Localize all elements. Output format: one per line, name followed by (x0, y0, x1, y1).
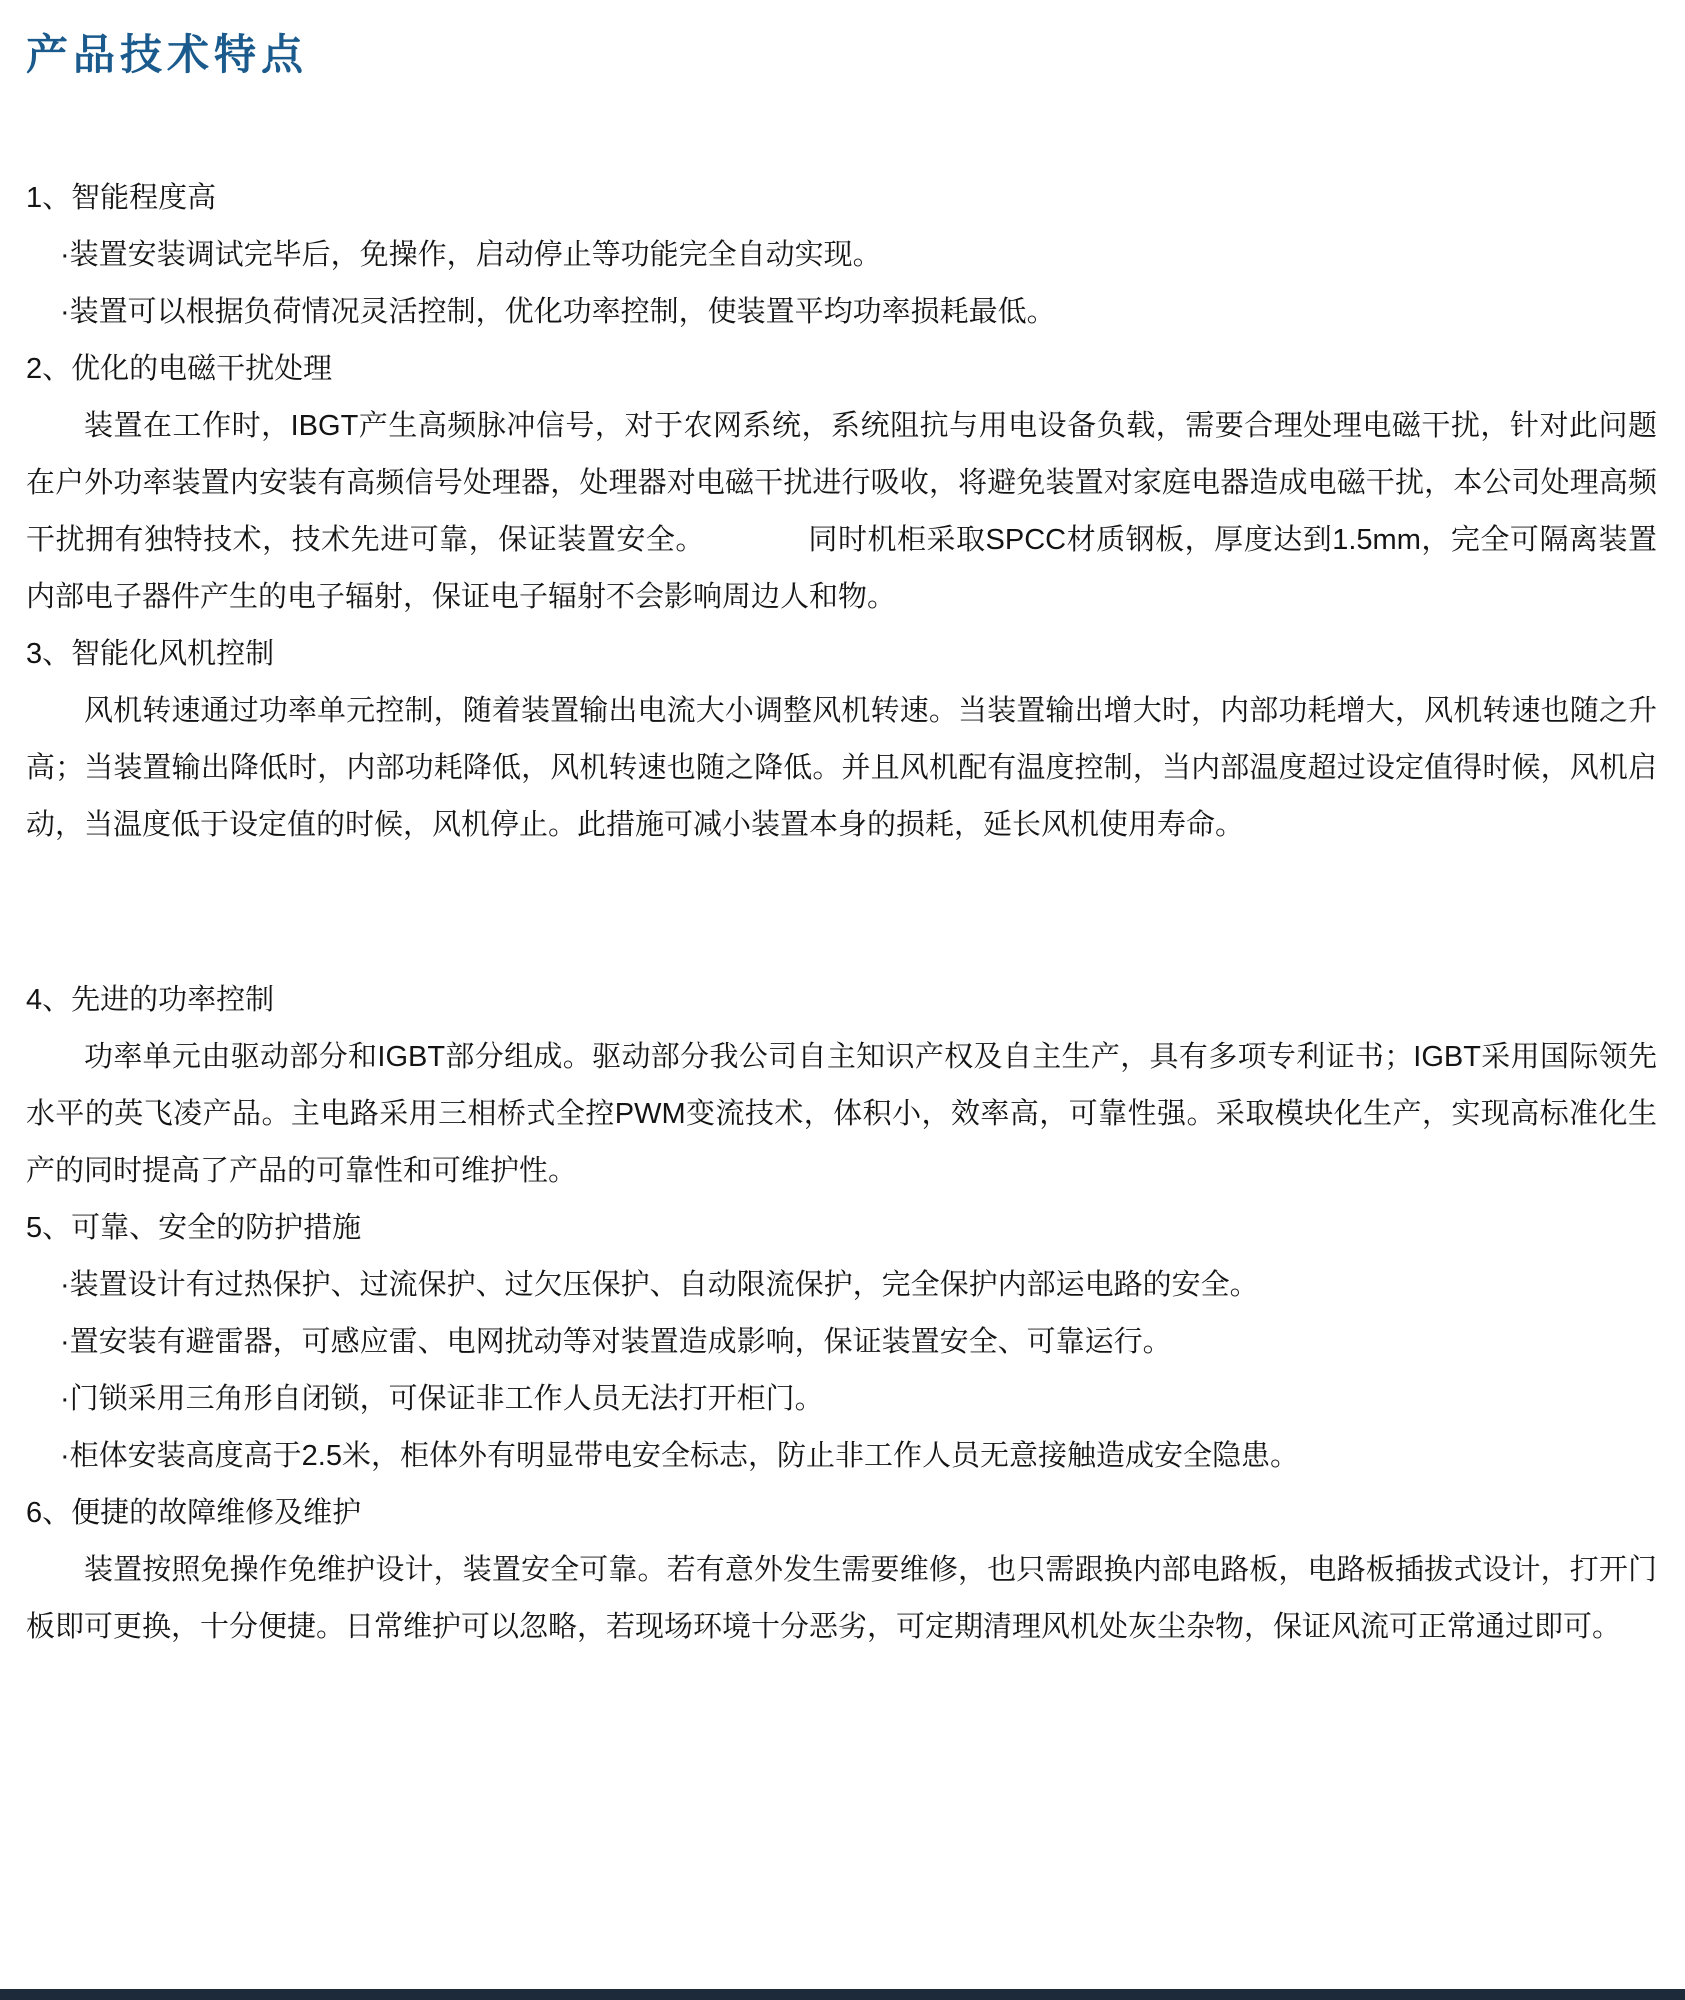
bullet-item: ·装置安装调试完毕后，免操作，启动停止等功能完全自动实现。 (26, 227, 1657, 284)
section-1: 1、智能程度高 ·装置安装调试完毕后，免操作，启动停止等功能完全自动实现。 ·装… (26, 170, 1657, 341)
document-page: 产品技术特点 1、智能程度高 ·装置安装调试完毕后，免操作，启动停止等功能完全自… (0, 0, 1685, 1656)
page-title: 产品技术特点 (26, 22, 1657, 82)
bullet-item: ·门锁采用三角形自闭锁，可保证非工作人员无法打开柜门。 (26, 1371, 1657, 1428)
page-bottom-bar (0, 1989, 1685, 2000)
section-4-heading: 4、先进的功率控制 (26, 972, 1657, 1029)
bullet-item: ·置安装有避雷器，可感应雷、电网扰动等对装置造成影响，保证装置安全、可靠运行。 (26, 1314, 1657, 1371)
paragraph: 功率单元由驱动部分和IGBT部分组成。驱动部分我公司自主知识产权及自主生产，具有… (26, 1029, 1657, 1200)
bullet-item: ·柜体安装高度高于2.5米，柜体外有明显带电安全标志，防止非工作人员无意接触造成… (26, 1428, 1657, 1485)
section-4: 4、先进的功率控制 功率单元由驱动部分和IGBT部分组成。驱动部分我公司自主知识… (26, 972, 1657, 1200)
section-5-heading: 5、可靠、安全的防护措施 (26, 1200, 1657, 1257)
section-1-heading: 1、智能程度高 (26, 170, 1657, 227)
section-6: 6、便捷的故障维修及维护 装置按照免操作免维护设计，装置安全可靠。若有意外发生需… (26, 1485, 1657, 1656)
section-3-heading: 3、智能化风机控制 (26, 626, 1657, 683)
paragraph: 装置按照免操作免维护设计，装置安全可靠。若有意外发生需要维修，也只需跟换内部电路… (26, 1542, 1657, 1656)
section-3: 3、智能化风机控制 风机转速通过功率单元控制，随着装置输出电流大小调整风机转速。… (26, 626, 1657, 854)
paragraph: 风机转速通过功率单元控制，随着装置输出电流大小调整风机转速。当装置输出增大时，内… (26, 683, 1657, 854)
bullet-item: ·装置设计有过热保护、过流保护、过欠压保护、自动限流保护，完全保护内部运电路的安… (26, 1257, 1657, 1314)
document-body: 1、智能程度高 ·装置安装调试完毕后，免操作，启动停止等功能完全自动实现。 ·装… (26, 170, 1657, 1656)
section-2: 2、优化的电磁干扰处理 装置在工作时，IBGT产生高频脉冲信号，对于农网系统，系… (26, 341, 1657, 626)
section-5: 5、可靠、安全的防护措施 ·装置设计有过热保护、过流保护、过欠压保护、自动限流保… (26, 1200, 1657, 1485)
section-2-heading: 2、优化的电磁干扰处理 (26, 341, 1657, 398)
paragraph: 装置在工作时，IBGT产生高频脉冲信号，对于农网系统，系统阻抗与用电设备负载，需… (26, 398, 1657, 626)
section-6-heading: 6、便捷的故障维修及维护 (26, 1485, 1657, 1542)
bullet-item: ·装置可以根据负荷情况灵活控制，优化功率控制，使装置平均功率损耗最低。 (26, 284, 1657, 341)
